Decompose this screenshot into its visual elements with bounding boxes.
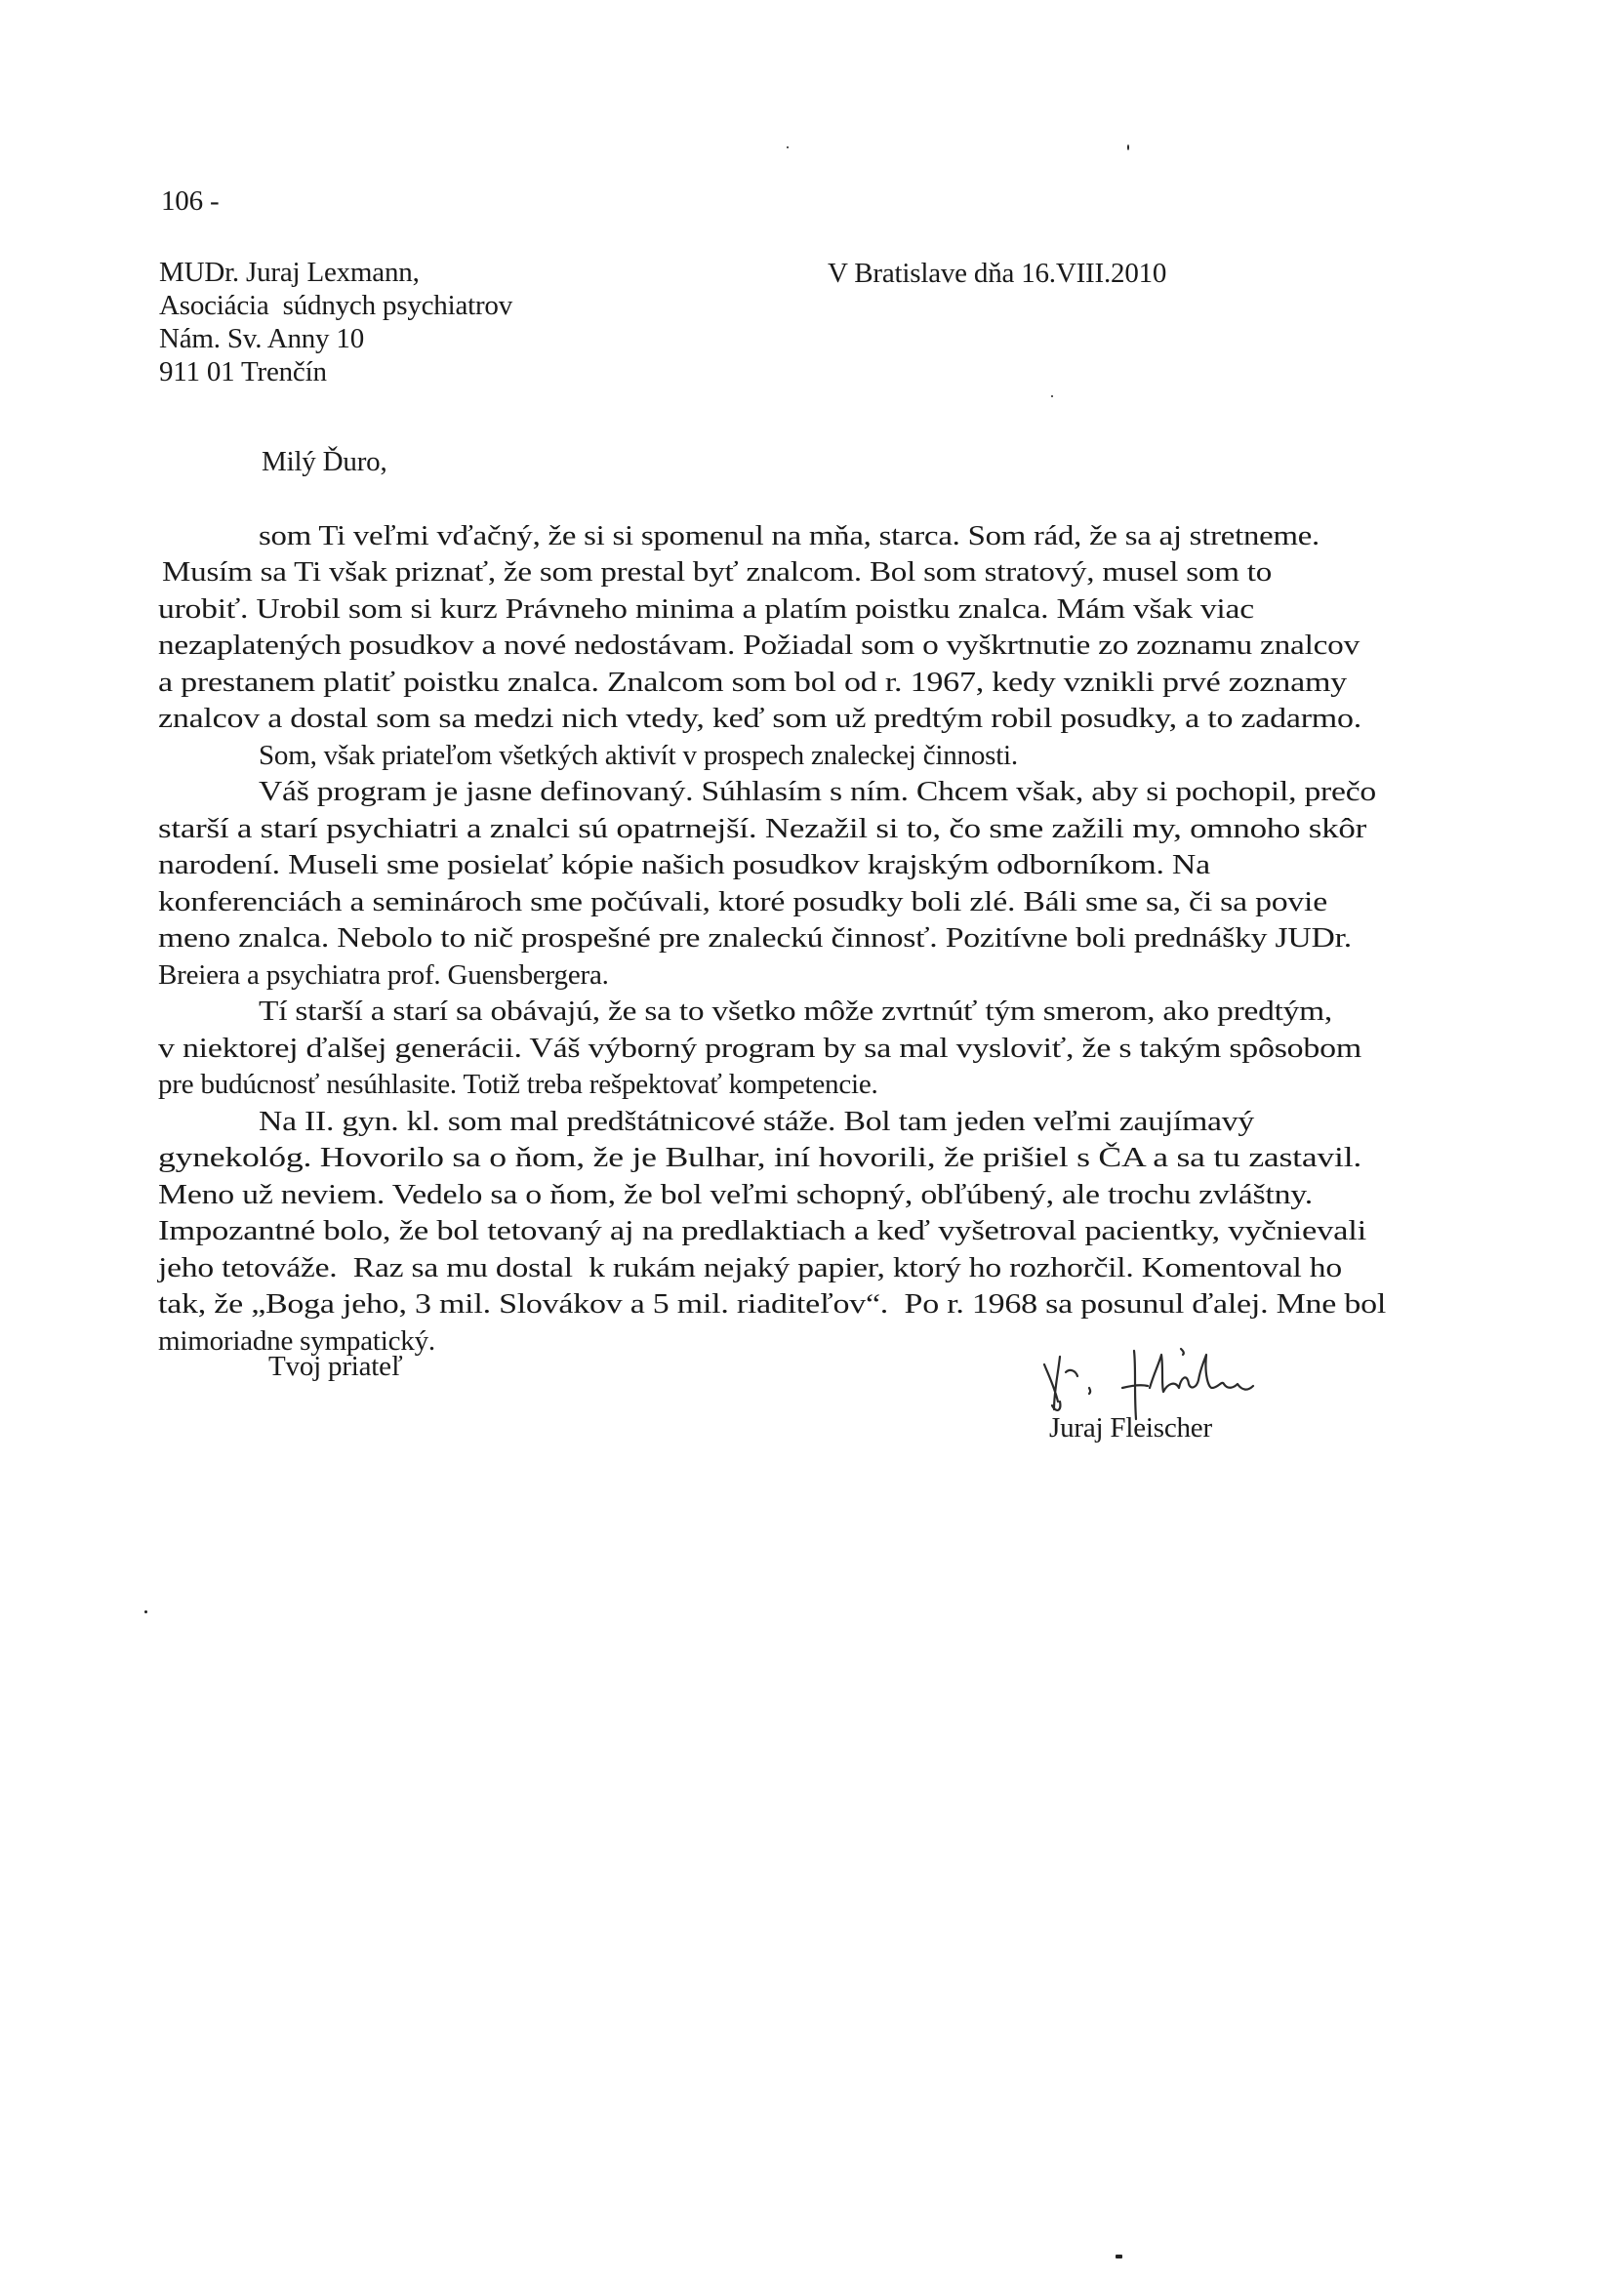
body-line: a prestanem platiť poistku znalca. Znalc… — [158, 669, 1347, 697]
recipient-name: MUDr. Juraj Lexmann, — [159, 259, 420, 287]
body-line: urobiť. Urobil som si kurz Právneho mini… — [158, 595, 1254, 624]
body-line: nezaplatených posudkov a nové nedostávam… — [158, 631, 1360, 660]
scan-speck — [1127, 144, 1129, 150]
body-line: Tí starší a starí sa obávajú, že sa to v… — [259, 997, 1332, 1026]
body-line: Váš program je jasne definovaný. Súhlasí… — [259, 778, 1376, 806]
body-line: som Ti veľmi vďačný, že si si spomenul n… — [259, 522, 1319, 550]
body-line: starší a starí psychiatri a znalci sú op… — [158, 815, 1366, 843]
body-line: Som, však priateľom všetkých aktivít v p… — [259, 742, 1018, 770]
salutation: Milý Ďuro, — [262, 448, 387, 476]
body-line: meno znalca. Nebolo to nič prospešné pre… — [158, 924, 1352, 953]
scan-speck — [787, 146, 789, 148]
body-line: pre budúcnosť nesúhlasite. Totiž treba r… — [158, 1071, 878, 1099]
body-line: Musím sa Ti však priznať, že som prestal… — [162, 558, 1272, 587]
scan-speck — [1051, 395, 1053, 397]
body-line: Impozantné bolo, že bol tetovaný aj na p… — [158, 1217, 1366, 1245]
body-line: tak, že „Boga jeho, 3 mil. Slovákov a 5 … — [158, 1290, 1386, 1319]
body-line: konferenciách a seminároch sme počúvali,… — [158, 888, 1327, 916]
recipient-city: 911 01 Trenčín — [159, 358, 327, 386]
signature-name: Juraj Fleischer — [1049, 1414, 1212, 1443]
page-number: 106 - — [161, 187, 219, 216]
scan-speck — [1116, 2255, 1122, 2258]
body-line: znalcov a dostal som sa medzi nich vtedy… — [158, 705, 1361, 733]
body-line: narodení. Museli sme posielať kópie naši… — [158, 851, 1210, 879]
recipient-street: Nám. Sv. Anny 10 — [159, 325, 364, 353]
body-line: jeho tetováže. Raz sa mu dostal k rukám … — [158, 1254, 1342, 1282]
body-line: Breiera a psychiatra prof. Guensbergera. — [158, 961, 609, 990]
body-line: v niektorej ďalšej generácii. Váš výborn… — [158, 1035, 1361, 1063]
place-and-date: V Bratislave dňa 16.VIII.2010 — [828, 260, 1166, 288]
body-line: Na II. gyn. kl. som mal predštátnicové s… — [259, 1108, 1254, 1136]
scan-speck — [144, 1610, 147, 1613]
handwritten-signature-icon — [1033, 1345, 1277, 1423]
body-line: Meno už neviem. Vedelo sa o ňom, že bol … — [158, 1181, 1313, 1209]
letter-page: 106 - MUDr. Juraj Lexmann, Asociácia súd… — [0, 0, 1624, 2278]
recipient-organization: Asociácia súdnych psychiatrov — [159, 292, 512, 320]
body-line: gynekológ. Hovorilo sa o ňom, že je Bulh… — [158, 1144, 1361, 1172]
closing: Tvoj priateľ — [268, 1353, 402, 1381]
